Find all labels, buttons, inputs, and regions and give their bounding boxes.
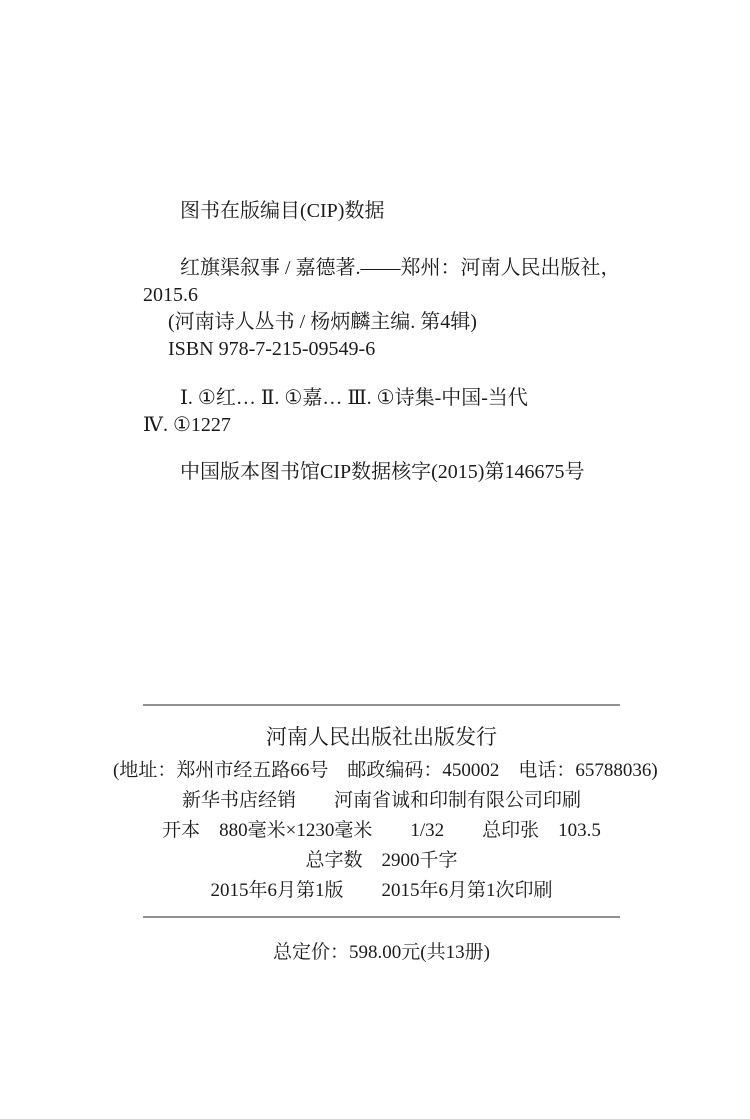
- spacer: [143, 363, 663, 385]
- colophon-format: 开本 880毫米×1230毫米 1/32 总印张 103.5: [113, 816, 650, 846]
- divider-top: [143, 704, 620, 706]
- cip-heading: 图书在版编目(CIP)数据: [143, 198, 663, 225]
- cip-record-number: 中国版本图书馆CIP数据核字(2015)第146675号: [143, 459, 663, 486]
- cip-entry-line-1: 红旗渠叙事 / 嘉德著.——郑州：河南人民出版社，: [143, 255, 663, 282]
- colophon-distribution: 新华书店经销 河南省诚和印制有限公司印刷: [113, 786, 650, 816]
- colophon-block: 河南人民出版社出版发行 (地址：郑州市经五路66号 邮政编码：450002 电话…: [113, 722, 650, 906]
- colophon-edition: 2015年6月第1版 2015年6月第1次印刷: [113, 876, 650, 906]
- cip-subjects-line-1: Ⅰ. ①红… Ⅱ. ①嘉… Ⅲ. ①诗集-中国-当代: [143, 385, 663, 412]
- colophon-publisher: 河南人民出版社出版发行: [113, 722, 650, 753]
- spacer: [143, 225, 663, 255]
- cip-data-block: 图书在版编目(CIP)数据 红旗渠叙事 / 嘉德著.——郑州：河南人民出版社， …: [143, 198, 663, 486]
- cip-isbn: ISBN 978-7-215-09549-6: [143, 336, 663, 363]
- colophon-price: 总定价：598.00元(共13册): [143, 940, 620, 966]
- spacer: [143, 439, 663, 459]
- book-copyright-page: 图书在版编目(CIP)数据 红旗渠叙事 / 嘉德著.——郑州：河南人民出版社， …: [0, 0, 750, 1119]
- divider-bottom: [143, 916, 620, 918]
- cip-series-note: (河南诗人丛书 / 杨炳麟主编. 第4辑): [143, 309, 663, 336]
- cip-entry-line-2: 2015.6: [143, 282, 663, 309]
- cip-subjects-line-2: Ⅳ. ①1227: [143, 412, 663, 439]
- colophon-address: (地址：郑州市经五路66号 邮政编码：450002 电话：65788036): [113, 756, 650, 786]
- colophon-word-count: 总字数 2900千字: [113, 846, 650, 876]
